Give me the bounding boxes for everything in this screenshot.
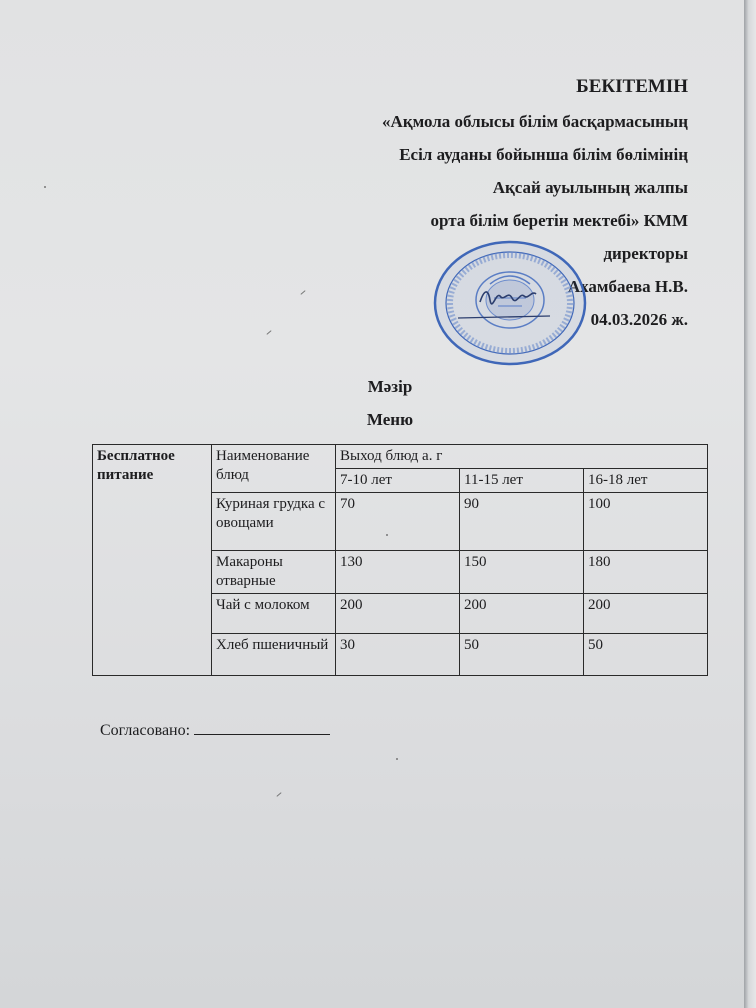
portion-value: 200	[336, 594, 460, 634]
approval-line-1: «Ақмола облысы білім басқармасының	[382, 105, 688, 138]
table-header-row: Бесплатное питание Наименование блюд Вых…	[93, 445, 708, 469]
portion-value: 90	[460, 493, 584, 551]
portion-value: 130	[336, 551, 460, 594]
dust-speck	[396, 758, 398, 760]
output-header: Выход блюд а. г	[336, 445, 708, 469]
portion-value: 100	[584, 493, 708, 551]
dust-speck	[276, 792, 281, 797]
menu-table: Бесплатное питание Наименование блюд Вых…	[92, 444, 708, 676]
dust-speck	[300, 290, 305, 295]
portion-value: 200	[584, 594, 708, 634]
age-group-header: 7-10 лет	[336, 469, 460, 493]
dust-speck	[386, 534, 388, 536]
agreed-label: Согласовано:	[100, 722, 190, 739]
portion-value: 30	[336, 634, 460, 676]
portion-value: 150	[460, 551, 584, 594]
portion-value: 50	[460, 634, 584, 676]
portion-value: 70	[336, 493, 460, 551]
page-edge	[744, 0, 756, 1008]
group-label-cell: Бесплатное питание	[93, 445, 212, 676]
approval-line-4: орта білім беретін мектебі» КММ	[382, 204, 688, 237]
dish-name-header: Наименование блюд	[212, 445, 336, 493]
portion-value: 200	[460, 594, 584, 634]
approval-line-3: Ақсай ауылының жалпы	[382, 171, 688, 204]
heading-russian: Меню	[340, 410, 440, 430]
dish-name: Чай с молоком	[212, 594, 336, 634]
seal-stamp-icon	[432, 240, 588, 366]
document-page: БЕКІТЕМІН «Ақмола облысы білім басқармас…	[0, 0, 744, 1008]
dish-name: Хлеб пшеничный	[212, 634, 336, 676]
approval-title: БЕКІТЕМІН	[382, 70, 688, 103]
agreed-block: Согласовано:	[100, 722, 330, 740]
dust-speck	[266, 330, 271, 335]
age-group-header: 11-15 лет	[460, 469, 584, 493]
dust-speck	[44, 186, 46, 188]
age-group-header: 16-18 лет	[584, 469, 708, 493]
dish-name: Макароны отварные	[212, 551, 336, 594]
dish-name: Куриная грудка с овощами	[212, 493, 336, 551]
heading-kazakh: Мәзір	[340, 377, 440, 397]
signature-line	[194, 722, 330, 735]
approval-line-2: Есіл ауданы бойынша білім бөлімінің	[382, 138, 688, 171]
portion-value: 180	[584, 551, 708, 594]
portion-value: 50	[584, 634, 708, 676]
